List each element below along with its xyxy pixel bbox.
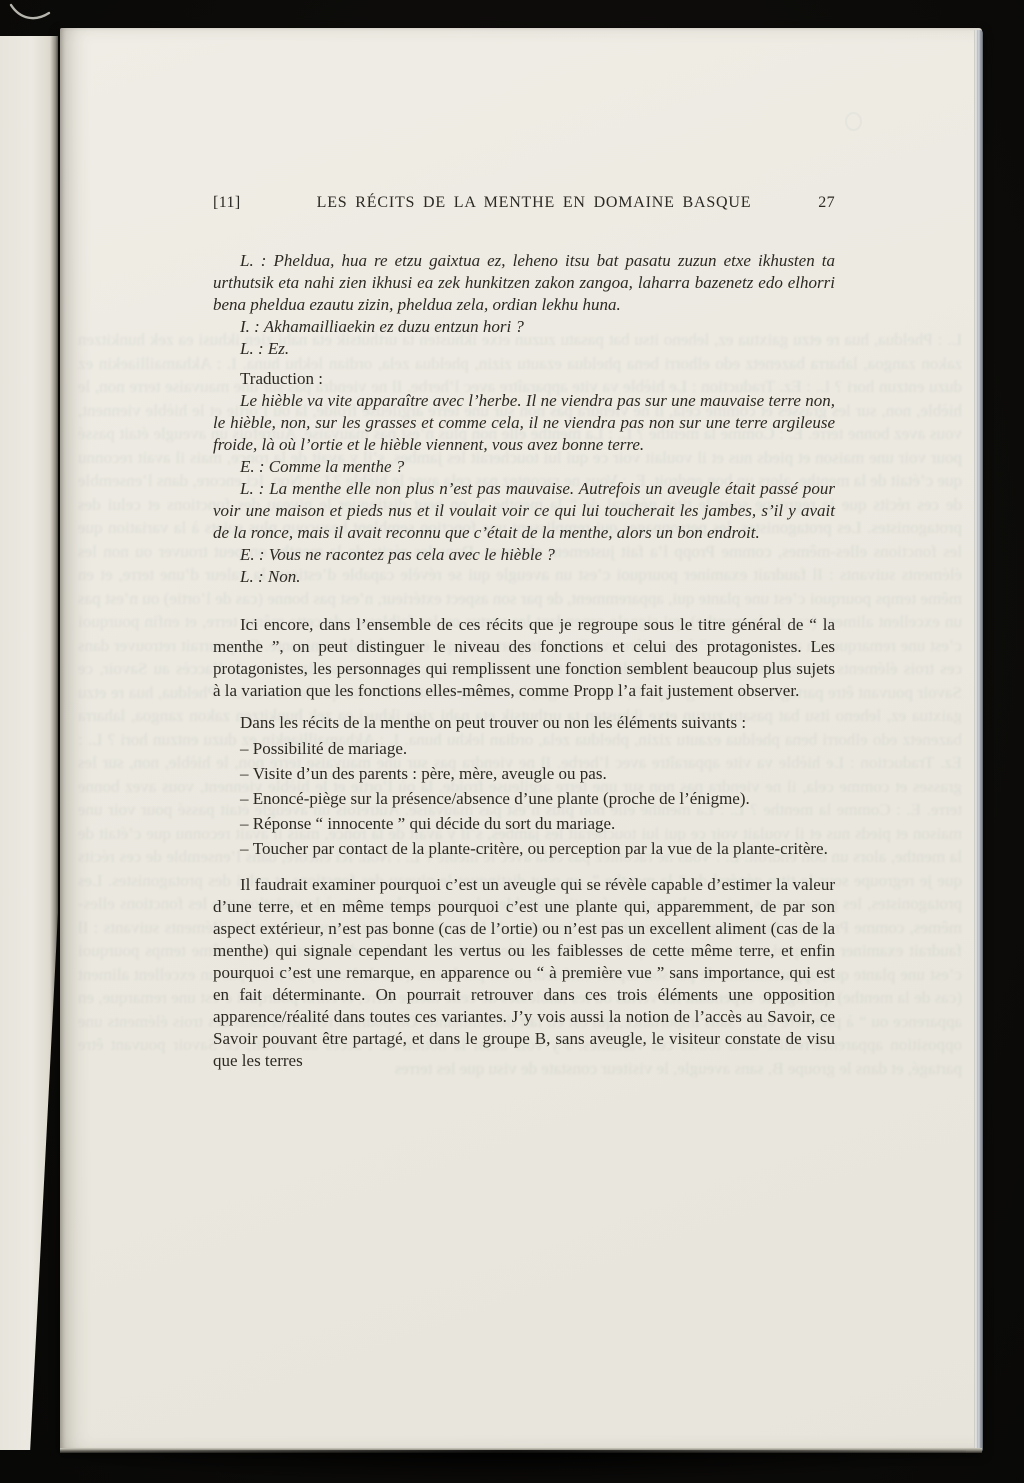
element-list-item: – Réponse “ innocente ” qui décide du so… (240, 813, 835, 835)
dialogue-l-basque: L. : Ez. (213, 338, 835, 360)
dialogue-l-non: L. : Non. (213, 566, 835, 588)
paragraph-dans-les-recits: Dans les récits de la menthe on peut tro… (213, 712, 835, 734)
paragraph-il-faudrait: Il faudrait examiner pourquoi c’est un a… (213, 874, 835, 1072)
show-through-smudge (845, 112, 862, 131)
translation-french: Le hièble va vite apparaître avec l’herb… (213, 390, 835, 456)
running-header: [11] LES RÉCITS DE LA MENTHE EN DOMAINE … (213, 194, 835, 212)
element-list-item: – Enoncé-piège sur la présence/absence d… (240, 788, 835, 810)
paragraph-ici-encore: Ici encore, dans l’ensemble de ces récit… (213, 614, 835, 702)
heading-traduction: Traduction : (213, 368, 835, 390)
dialogue-e-menthe: E. : Comme la menthe ? (213, 456, 835, 478)
book-scan-background: L. : Pheldua, hua re etzu gaixtua ez, le… (0, 0, 1024, 1483)
page-body: L. : Pheldua, hua re etzu gaixtua ez, le… (213, 250, 835, 1072)
transcript-basque: L. : Pheldua, hua re etzu gaixtua ez, le… (213, 250, 835, 316)
page-edge-stack (974, 30, 983, 1452)
page-drop-shadow (46, 1450, 966, 1480)
book-page: L. : Pheldua, hua re etzu gaixtua ez, le… (60, 28, 982, 1450)
facing-page-edge (0, 36, 58, 1450)
page-corner-curl-mark (8, 2, 52, 31)
dialogue-e-hieble: E. : Vous ne racontez pas cela avec le h… (213, 544, 835, 566)
element-list-item: – Visite d’un des parents : père, mère, … (240, 763, 835, 785)
header-title: LES RÉCITS DE LA MENTHE EN DOMAINE BASQU… (283, 194, 785, 212)
header-page-number: 27 (785, 194, 835, 212)
element-list: – Possibilité de mariage.– Visite d’un d… (213, 738, 835, 860)
header-reference: [11] (213, 194, 283, 212)
element-list-item: – Toucher par contact de la plante-critè… (240, 838, 835, 860)
element-list-item: – Possibilité de mariage. (240, 738, 835, 760)
dialogue-i-basque: I. : Akhamailliaekin ez duzu entzun hori… (213, 316, 835, 338)
dialogue-l-menthe: L. : La menthe elle non plus n’est pas m… (213, 478, 835, 544)
